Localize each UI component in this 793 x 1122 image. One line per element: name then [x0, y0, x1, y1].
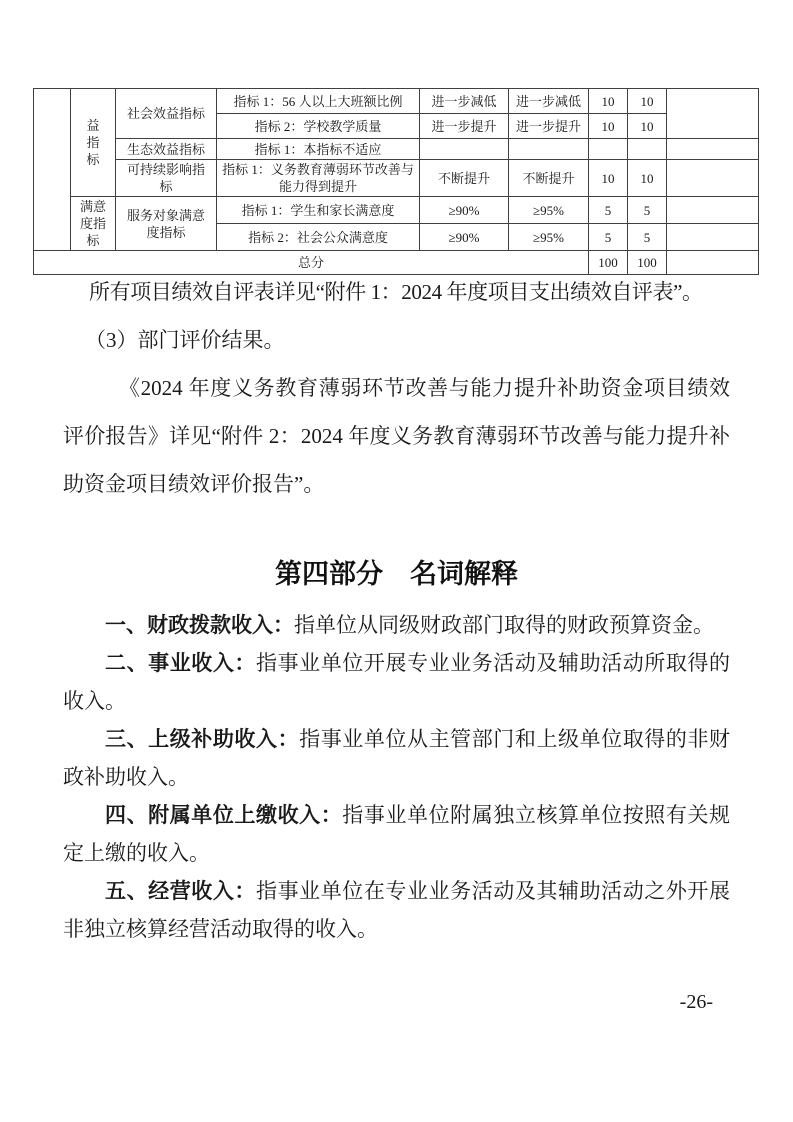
table-cell-indicator: 指标 2：社会公众满意度	[217, 224, 420, 251]
table-cell-social-benefit: 社会效益指标	[116, 89, 217, 139]
paragraph-evaluation-report: 《2024 年度义务教育薄弱环节改善与能力提升补助资金项目绩效评价报告》详见“附…	[63, 364, 730, 508]
table-cell-score-2: 10	[628, 160, 667, 197]
table-cell-target-2: ≥95%	[509, 224, 589, 251]
table-cell-indicator: 指标 1：本指标不适应	[217, 139, 420, 160]
table-cell-target-1	[420, 139, 509, 160]
glossary-item: 五、经营收入：指事业单位在专业业务活动及其辅助活动之外开展非独立核算经营活动取得…	[63, 872, 730, 948]
table-cell-satisfaction-group: 满意 度指 标	[71, 197, 116, 251]
table-cell-target-1: 进一步减低	[420, 89, 509, 114]
table-cell-category-blank	[34, 89, 71, 251]
table-cell-score-2: 10	[628, 114, 667, 139]
paragraph-self-evaluation-note: 所有项目绩效自评表详见“附件 1：2024 年度项目支出绩效自评表”。	[63, 268, 730, 316]
paragraph-department-evaluation: （3）部门评价结果。	[63, 316, 730, 364]
glossary-item: 四、附属单位上缴收入：指事业单位附属独立核算单位按照有关规定上缴的收入。	[63, 796, 730, 872]
table-cell-score-2: 5	[628, 224, 667, 251]
table-cell-target-2: ≥95%	[509, 197, 589, 224]
table-cell-score-1: 10	[589, 114, 628, 139]
table-cell-score-2: 5	[628, 197, 667, 224]
table-cell-eco-benefit: 生态效益指标	[116, 139, 217, 160]
glossary-term: 三、上级补助收入：	[105, 727, 299, 751]
table-cell-remark-blank	[667, 89, 759, 139]
performance-indicator-table: 益 指 标 社会效益指标 指标 1：56 人以上大班额比例 进一步减低 进一步减…	[33, 88, 759, 275]
document-page: 益 指 标 社会效益指标 指标 1：56 人以上大班额比例 进一步减低 进一步减…	[0, 0, 793, 1122]
glossary-definition: 指单位从同级财政部门取得的财政预算资金。	[294, 613, 714, 637]
table-cell-target-2: 进一步提升	[509, 114, 589, 139]
table-cell-target-2	[509, 139, 589, 160]
page-number: -26-	[680, 988, 713, 1016]
table-cell-score-1: 10	[589, 89, 628, 114]
glossary-block: 一、财政拨款收入：指单位从同级财政部门取得的财政预算资金。 二、事业收入：指事业…	[63, 606, 730, 948]
table-row: 益 指 标 社会效益指标 指标 1：56 人以上大班额比例 进一步减低 进一步减…	[34, 89, 759, 114]
table-cell-target-1: 进一步提升	[420, 114, 509, 139]
table-cell-remark-blank	[667, 160, 759, 197]
section-title: 第四部分 名词解释	[0, 556, 793, 592]
table-cell-target-2: 进一步减低	[509, 89, 589, 114]
table-cell-score-1	[589, 139, 628, 160]
table-cell-indicator: 指标 1：56 人以上大班额比例	[217, 89, 420, 114]
table-cell-target-2: 不断提升	[509, 160, 589, 197]
table-cell-score-1: 5	[589, 197, 628, 224]
table-cell-score-1: 5	[589, 224, 628, 251]
table-cell-score-2: 10	[628, 89, 667, 114]
table-cell-indicator: 指标 1：义务教育薄弱环节改善与 能力得到提升	[217, 160, 420, 197]
table-cell-sustainability: 可持续影响指 标	[116, 160, 217, 197]
glossary-item: 二、事业收入：指事业单位开展专业业务活动及辅助活动所取得的收入。	[63, 644, 730, 720]
table-row: 满意 度指 标 服务对象满意 度指标 指标 1：学生和家长满意度 ≥90% ≥9…	[34, 197, 759, 224]
table-cell-score-1: 10	[589, 160, 628, 197]
glossary-term: 一、财政拨款收入：	[105, 613, 294, 637]
table-row: 可持续影响指 标 指标 1：义务教育薄弱环节改善与 能力得到提升 不断提升 不断…	[34, 160, 759, 197]
glossary-item: 一、财政拨款收入：指单位从同级财政部门取得的财政预算资金。	[63, 606, 730, 644]
table-cell-remark-blank	[667, 139, 759, 160]
table-cell-target-1: ≥90%	[420, 197, 509, 224]
glossary-term: 四、附属单位上缴收入：	[105, 803, 342, 827]
table-cell-remark-blank	[667, 197, 759, 224]
table-cell-indicator: 指标 1：学生和家长满意度	[217, 197, 420, 224]
glossary-item: 三、上级补助收入：指事业单位从主管部门和上级单位取得的非财政补助收入。	[63, 720, 730, 796]
glossary-term: 五、经营收入：	[105, 879, 256, 903]
table-cell-target-1: ≥90%	[420, 224, 509, 251]
body-text-block: 所有项目绩效自评表详见“附件 1：2024 年度项目支出绩效自评表”。 （3）部…	[63, 268, 730, 508]
table-cell-score-2	[628, 139, 667, 160]
table-cell-remark-blank	[667, 224, 759, 251]
table-cell-indicator: 指标 2：学校教学质量	[217, 114, 420, 139]
glossary-term: 二、事业收入：	[105, 651, 256, 675]
table-cell-target-1: 不断提升	[420, 160, 509, 197]
table-cell-service-satisfaction: 服务对象满意 度指标	[116, 197, 217, 251]
table-row: 生态效益指标 指标 1：本指标不适应	[34, 139, 759, 160]
table-cell-benefit-group: 益 指 标	[71, 89, 116, 197]
